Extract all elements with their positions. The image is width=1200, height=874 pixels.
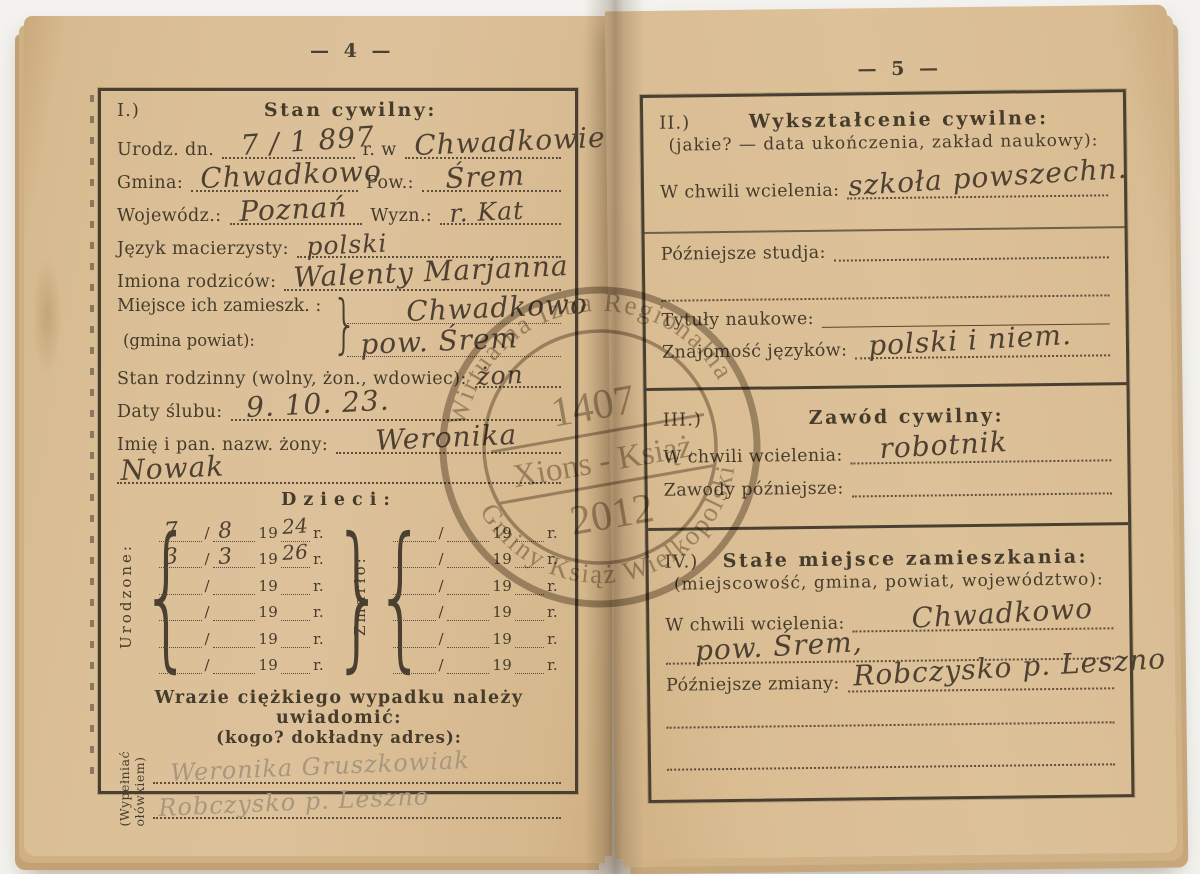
handwriting-gmina: Chwadkowo <box>200 154 383 195</box>
section-iv-number: IV.) <box>664 551 698 572</box>
field-zawod-wcielenia: W chwili wcielenia: robotnik <box>663 427 1111 466</box>
pencil-row-1: Weronika Gruszkowiak <box>153 749 561 784</box>
pencil-lines: Weronika Gruszkowiak Robczysko p. Leszno <box>153 749 561 826</box>
section-iii-header: III.) Zawód cywilny: <box>663 403 1111 430</box>
field-miejsce-label: Miejsce ich zamieszk. : <box>117 297 329 315</box>
field-zmiany-label: Późniejsze zmiany: <box>666 674 848 695</box>
handwriting-child-date: 3 <box>163 544 179 570</box>
section-i-header: I.) Stan cywilny: <box>117 99 561 121</box>
children-died-label: Zmarło: <box>351 514 369 678</box>
notice-line2: (kogo? dokładny adres): <box>117 728 561 747</box>
field-studja-label: Późniejsze studja: <box>661 243 834 263</box>
handwriting-nazwisko-zony: Nowak <box>120 449 225 487</box>
field-miejsce-sublabel: (gmina powiat): <box>117 332 329 349</box>
field-zawody-label: Zawody późniejsze: <box>664 479 852 500</box>
field-miejsce-zamieszkania: Miejsce ich zamieszk. : (gmina powiat): … <box>117 291 561 357</box>
handwriting-miejsce-2: pow. Śrem <box>360 321 519 361</box>
section-divider <box>646 382 1126 391</box>
pencil-note-line2: ołówkiem) <box>132 751 147 826</box>
handwriting-stan-rodzinny: żon <box>476 360 525 391</box>
field-rw-line: Chwadkowie <box>405 157 561 159</box>
section-ii-header: II.) Wykształcenie cywilne: <box>659 106 1107 133</box>
blank-row <box>661 258 1109 301</box>
field-stan-line: żon <box>475 386 561 388</box>
blank-line <box>667 763 1115 770</box>
pencil-note-line1: (Wypełniać <box>117 751 132 826</box>
field-wyksztalcenie-line: szkoła powszechn. <box>848 194 1109 199</box>
handwriting-wojewodztwo: Poznań <box>238 190 347 228</box>
section-iii-title: Zawód cywilny: <box>702 403 1111 430</box>
section-divider <box>648 522 1128 531</box>
pencil-row-2: Robczysko p. Leszno <box>153 784 561 819</box>
field-zawody-pozniejsze: Zawody późniejsze: <box>663 461 1111 499</box>
field-wojewodz-label: Wojewódz.: <box>117 207 230 225</box>
field-zawody-line <box>852 492 1112 497</box>
field-jezyki: Znajomość języków: polski i niem. <box>662 324 1110 361</box>
field-gmina: Gmina: Chwadkowo Pow.: Śrem <box>117 159 561 192</box>
booklet-page-5: — 5 — II.) Wykształcenie cywilne: (jakie… <box>605 5 1177 860</box>
field-wyksztalcenie-wcielenia: W chwili wcielenia: szkoła powszechn. <box>660 156 1108 201</box>
handwriting-zawod: robotnik <box>879 425 1009 465</box>
brace-glyph: { <box>140 517 153 675</box>
handwriting-zamieszkanie-1: Chwadkowo <box>911 592 1094 635</box>
field-wyksztalcenie-label: W chwili wcielenia: <box>660 181 848 202</box>
handwriting-powiat: Śrem <box>445 159 526 195</box>
field-tytuly-label: Tytuły naukowe: <box>662 309 823 329</box>
brace-glyph: } <box>332 291 345 357</box>
field-stan-rodzinny: Stan rodzinny (wolny, żon., wdowiec): żo… <box>117 357 561 388</box>
field-imiona-label: Imiona rodziców: <box>117 273 284 291</box>
field-miejsce-lines: Chwadkowo pow. Śrem <box>347 291 561 357</box>
handwriting-birthplace: Chwadkowie <box>413 121 606 162</box>
field-studja: Późniejsze studja: <box>661 228 1109 263</box>
handwriting-child-date: 3 <box>217 544 233 570</box>
scanned-military-booklet-spread: — 4 — I.) Stan cywilny: Urodz. dn. 7 / 1… <box>0 0 1200 874</box>
field-miejsce-labels: Miejsce ich zamieszk. : (gmina powiat): <box>117 291 329 357</box>
form-sections-ii-iii-iv: II.) Wykształcenie cywilne: (jakie? — da… <box>640 89 1135 803</box>
brace-glyph: { <box>374 517 387 675</box>
handwriting-child-date: 7 <box>163 518 179 544</box>
pencil-line-2: Robczysko p. Leszno <box>153 817 561 819</box>
page-number-left: — 4 — <box>310 40 394 62</box>
section-i-title: Stan cywilny: <box>140 99 561 121</box>
field-stan-label: Stan rodzinny (wolny, żon., wdowiec): <box>117 370 475 388</box>
field-zona-line: Weronika <box>336 452 561 454</box>
brace-glyph: } <box>332 517 345 675</box>
children-born-label: Urodzone: <box>117 514 135 678</box>
handwriting-child-date: 26 <box>281 540 309 566</box>
field-wyzn-label: Wyzn.: <box>362 207 440 225</box>
field-zamieszkanie-wcielenia: W chwili wcielenia: Chwadkowo <box>665 595 1113 634</box>
field-jezyki-line: polski i niem. <box>855 354 1110 359</box>
section-ii-title: Wykształcenie cywilne: <box>690 106 1107 133</box>
field-nazwisko-zony: Nowak <box>117 454 561 484</box>
handwriting-daty-slubu: 9. 10. 23. <box>245 384 390 424</box>
field-urodz-label: Urodz. dn. <box>117 141 222 159</box>
field-urodz: Urodz. dn. 7 / 1 897 r. w Chwadkowie <box>117 123 561 159</box>
handwriting-pencil-contact-address: Robczysko p. Leszno <box>158 782 430 822</box>
field-jezyki-label: Znajomość języków: <box>662 341 856 362</box>
blank-row <box>667 723 1115 770</box>
section-iv-header: IV.) Stałe miejsce zamieszkania: <box>664 545 1112 572</box>
page-number-right: — 5 — <box>857 57 942 80</box>
section-ii-number: II.) <box>659 112 690 133</box>
handwriting-pencil-contact-name: Weronika Gruszkowiak <box>170 746 471 787</box>
section-i-number: I.) <box>117 100 140 121</box>
field-wyzn-line: r. Kat <box>440 223 561 225</box>
binding-stitch-marks <box>90 95 94 781</box>
handwriting-imie-zony: Weronika <box>375 418 518 457</box>
field-miejsce-line1: Chwadkowo <box>347 291 561 324</box>
booklet-page-4: — 4 — I.) Stan cywilny: Urodz. dn. 7 / 1… <box>24 16 612 856</box>
notice-line1: Wrazie ciężkiego wypadku należy uwiadomi… <box>117 688 561 728</box>
field-nazwisko-line: Nowak <box>117 482 561 484</box>
field-miejsce-line2: pow. Śrem <box>347 324 561 357</box>
field-wojewodz-line: Poznań <box>230 223 363 225</box>
paper-stain <box>32 256 62 376</box>
notice-pencil-area: (Wypełniać ołówkiem) Weronika Gruszkowia… <box>117 749 561 826</box>
form-section-i: I.) Stan cywilny: Urodz. dn. 7 / 1 897 r… <box>98 88 578 794</box>
handwriting-child-date: 8 <box>217 518 233 544</box>
pencil-line-1: Weronika Gruszkowiak <box>153 782 561 784</box>
handwriting-child-date: 24 <box>281 513 309 539</box>
handwriting-wyznanie: r. Kat <box>449 196 525 228</box>
field-jezyk-label: Język macierzysty: <box>117 240 297 258</box>
field-pow-line: Śrem <box>422 190 561 192</box>
blank-row <box>666 689 1114 728</box>
children-table: Urodzone: { 7/81924r.3/31926r./19r./19r.… <box>117 514 561 678</box>
field-zona-label: Imię i pan. nazw. żony: <box>117 436 336 454</box>
field-imie-zony: Imię i pan. nazw. żony: Weronika <box>117 421 561 454</box>
field-slub-label: Daty ślubu: <box>117 403 231 421</box>
handwriting-jezyk: polski <box>306 228 388 261</box>
handwriting-wyksztalcenie: szkoła powszechn. <box>848 152 1129 203</box>
field-daty-slubu: Daty ślubu: 9. 10. 23. <box>117 388 561 421</box>
section-iv-title: Stałe miejsce zamieszkania: <box>698 545 1113 572</box>
field-zawod-label: W chwili wcielenia: <box>663 446 851 467</box>
section-iii-number: III.) <box>663 409 702 430</box>
field-gmina-label: Gmina: <box>117 174 191 192</box>
field-wojewodz: Wojewódz.: Poznań Wyzn.: r. Kat <box>117 192 561 225</box>
fill-with-pencil-note: (Wypełniać ołówkiem) <box>117 749 153 826</box>
